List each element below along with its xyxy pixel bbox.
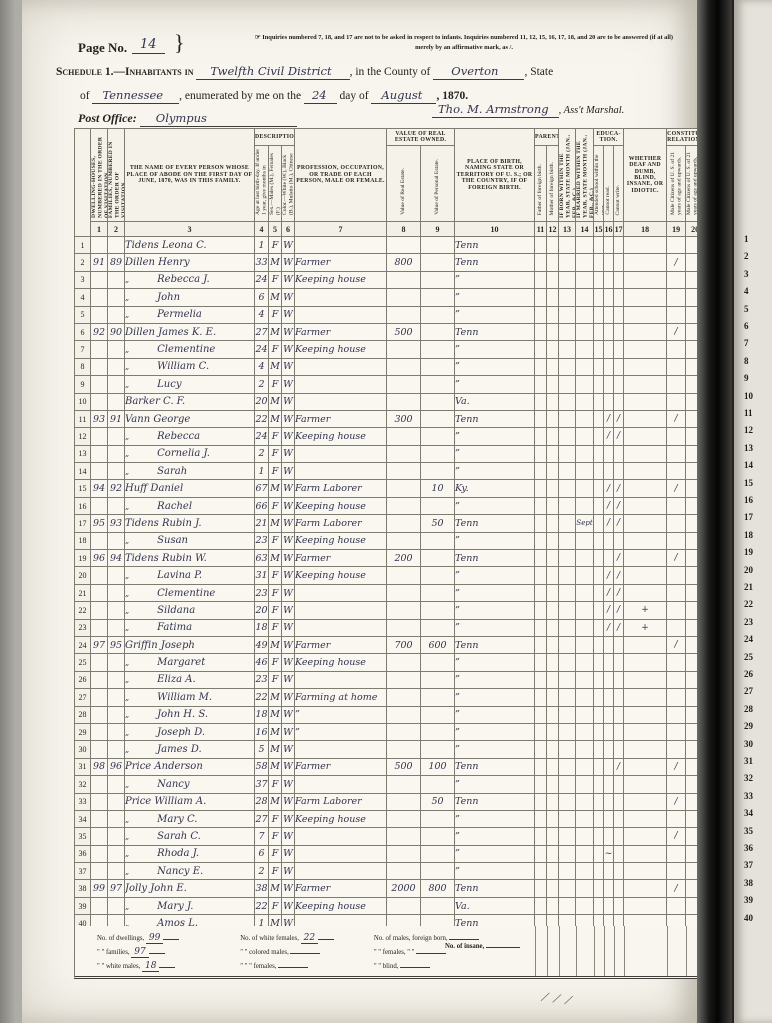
person-name: „Lavina P. <box>125 567 255 584</box>
col19-mark <box>667 671 686 688</box>
birthplace-value: ” <box>455 828 535 845</box>
col16-mark: / <box>604 567 614 584</box>
table-row: 28„John H. S.18MW”” <box>75 706 705 723</box>
family-number <box>108 828 125 845</box>
col14-mark <box>576 428 594 445</box>
color-value: W <box>282 793 295 810</box>
line-number: 10 <box>75 393 91 410</box>
col14-mark: Sept <box>576 515 594 532</box>
group-description: Description. <box>255 129 295 146</box>
col18-mark <box>624 567 667 584</box>
post-office-line: Post Office: Olympus <box>78 111 297 126</box>
col15-mark <box>594 584 604 601</box>
personal-estate-value <box>421 567 455 584</box>
col-header-name: The name of every person whose place of … <box>125 129 255 222</box>
family-number <box>108 793 125 810</box>
personal-estate-value <box>421 602 455 619</box>
col19-mark <box>667 689 686 706</box>
personal-estate-value <box>421 323 455 340</box>
margin-line-number: 30 <box>744 739 753 749</box>
dwelling-number: 94 <box>91 480 108 497</box>
birthplace-value: Tenn <box>455 237 535 254</box>
color-value: W <box>282 323 295 340</box>
col16-mark: / <box>604 584 614 601</box>
day-of-label: day of <box>339 90 368 102</box>
marshal-signature: Tho. M. Armstrong <box>432 102 559 118</box>
age-value: 23 <box>255 532 269 549</box>
col17-mark <box>614 445 624 462</box>
age-value: 5 <box>255 741 269 758</box>
margin-line-number: 37 <box>744 860 753 870</box>
col17-mark <box>614 897 624 914</box>
line-number: 8 <box>75 358 91 375</box>
col14-mark <box>576 254 594 271</box>
line-number: 5 <box>75 306 91 323</box>
footer-stat-segment: " " families, 97 <box>97 944 240 957</box>
color-value: W <box>282 306 295 323</box>
table-row: 8„William C.4MW” <box>75 358 705 375</box>
stray-pen-marks: ⁄ ⁄ ⁄ <box>543 990 573 1008</box>
footer-stat-label: " " blind, <box>374 963 400 970</box>
col17-mark <box>614 654 624 671</box>
col19-mark <box>667 463 686 480</box>
col12-mark <box>547 306 559 323</box>
line-number: 15 <box>75 480 91 497</box>
col15-mark <box>594 237 604 254</box>
col-header-dwellings: Dwelling-houses, numbered in the order o… <box>91 129 108 222</box>
col18-mark <box>624 428 667 445</box>
col19-mark <box>667 445 686 462</box>
footer-stat-blank <box>149 944 165 954</box>
col15-mark <box>594 828 604 845</box>
age-value: 63 <box>255 550 269 567</box>
col13-mark <box>559 654 576 671</box>
col18-mark <box>624 550 667 567</box>
surname-ditto-mark: „ <box>125 275 129 284</box>
person-name: „Nancy <box>125 776 255 793</box>
sex-value: F <box>269 897 282 914</box>
surname-ditto-mark: „ <box>125 362 129 371</box>
census-page: Page No. 14 } ☞ Inquiries numbered 7, 18… <box>22 0 698 1023</box>
personal-estate-value <box>421 428 455 445</box>
margin-line-number: 40 <box>744 913 753 923</box>
col17-mark <box>614 689 624 706</box>
age-value: 18 <box>255 619 269 636</box>
birthplace-value: ” <box>455 723 535 740</box>
col14-mark <box>576 532 594 549</box>
surname-ditto-mark: „ <box>125 345 129 354</box>
col12-mark <box>547 567 559 584</box>
table-row: 36„Rhoda J.6FW”~ <box>75 845 705 862</box>
person-name: Vann George <box>125 410 255 427</box>
family-number <box>108 689 125 706</box>
sex-value: F <box>269 532 282 549</box>
surname-ditto-mark: „ <box>125 710 129 719</box>
margin-line-number: 6 <box>744 321 749 331</box>
real-estate-value: 300 <box>387 410 421 427</box>
col17-mark <box>614 341 624 358</box>
footer-stat-label: No. of white females, <box>240 935 300 942</box>
age-value: 20 <box>255 602 269 619</box>
personal-estate-value <box>421 254 455 271</box>
col19-mark <box>667 289 686 306</box>
col18-mark <box>624 445 667 462</box>
col18-mark <box>624 706 667 723</box>
col19-mark: / <box>667 880 686 897</box>
col13-mark <box>559 828 576 845</box>
sex-value: F <box>269 306 282 323</box>
col14-mark <box>576 497 594 514</box>
age-value: 27 <box>255 323 269 340</box>
sex-value: M <box>269 410 282 427</box>
line-number: 13 <box>75 445 91 462</box>
col12-mark <box>547 428 559 445</box>
personal-estate-value: 600 <box>421 636 455 653</box>
occupation-value: Keeping house <box>295 341 387 358</box>
age-value: 49 <box>255 636 269 653</box>
col13-mark <box>559 306 576 323</box>
personal-estate-value <box>421 654 455 671</box>
footer-stat-segment: " " colored males, <box>240 944 374 956</box>
color-value: W <box>282 532 295 549</box>
footer-stat-label: No. of dwellings, <box>97 935 146 942</box>
color-value: W <box>282 723 295 740</box>
line-number: 21 <box>75 584 91 601</box>
occupation-value <box>295 671 387 688</box>
col12-mark <box>547 793 559 810</box>
col13-mark <box>559 237 576 254</box>
col18-mark <box>624 828 667 845</box>
family-number <box>108 306 125 323</box>
color-value: W <box>282 810 295 827</box>
col12-mark <box>547 497 559 514</box>
col12-mark <box>547 602 559 619</box>
col15-mark <box>594 636 604 653</box>
group-parentage: Parentage. <box>535 129 559 146</box>
dwelling-number <box>91 863 108 880</box>
occupation-value: Farmer <box>295 410 387 427</box>
col15-mark <box>594 358 604 375</box>
person-name: „Mary C. <box>125 810 255 827</box>
full-name: Price Anderson <box>125 761 203 772</box>
real-estate-value <box>387 706 421 723</box>
person-name: „Sarah <box>125 463 255 480</box>
col18-mark: + <box>624 602 667 619</box>
margin-line-number: 27 <box>744 686 753 696</box>
col18-mark <box>624 584 667 601</box>
color-value: W <box>282 828 295 845</box>
col12-mark <box>547 758 559 775</box>
margin-line-number: 4 <box>744 286 749 296</box>
col12-mark <box>547 271 559 288</box>
surname-ditto-mark: „ <box>125 293 129 302</box>
footer-stat-value: 99 <box>146 933 163 944</box>
personal-estate-value <box>421 619 455 636</box>
schedule-prefix: Schedule 1.—Inhabitants in <box>56 66 194 78</box>
person-name: „Rebecca <box>125 428 255 445</box>
col15-mark <box>594 776 604 793</box>
occupation-value <box>295 463 387 480</box>
dwelling-number <box>91 271 108 288</box>
given-name: Rebecca <box>157 431 200 442</box>
col16-mark <box>604 306 614 323</box>
full-name: Vann George <box>125 414 190 425</box>
family-number <box>108 271 125 288</box>
col13-mark <box>559 480 576 497</box>
family-number <box>108 863 125 880</box>
birthplace-value: ” <box>455 497 535 514</box>
family-number <box>108 741 125 758</box>
col12-mark <box>547 654 559 671</box>
col14-mark <box>576 793 594 810</box>
birthplace-value: Va. <box>455 897 535 914</box>
footer-stat-label: " " females, " " <box>374 949 416 956</box>
col11-mark <box>535 376 547 393</box>
person-name: „William C. <box>125 358 255 375</box>
table-row: 29189Dillen Henry33MWFarmer800Tenn/ <box>75 254 705 271</box>
dwelling-number <box>91 376 108 393</box>
col-header-mother-foreign: Mother of foreign birth. <box>547 146 559 222</box>
footer-stat-blank <box>290 944 320 954</box>
col18-mark <box>624 515 667 532</box>
sex-value: M <box>269 741 282 758</box>
col12-mark <box>547 689 559 706</box>
col11-mark <box>535 636 547 653</box>
dwelling-number <box>91 741 108 758</box>
footer-insane: No. of insane, <box>445 938 520 950</box>
group-education: Educa-tion. <box>594 129 624 146</box>
occupation-value: Keeping house <box>295 428 387 445</box>
line-number: 17 <box>75 515 91 532</box>
margin-line-number: 25 <box>744 652 753 662</box>
birthplace-value: ” <box>455 810 535 827</box>
col11-mark <box>535 654 547 671</box>
state-suffix: , State <box>524 66 553 78</box>
line-number-column-header <box>75 129 91 237</box>
table-row: 3„Rebecca J.24FWKeeping house” <box>75 271 705 288</box>
surname-ditto-mark: „ <box>125 606 129 615</box>
instructions-note-line1: ☞ Inquiries numbered 7, 18, and 17 are n… <box>255 34 673 41</box>
dwelling-number <box>91 723 108 740</box>
col18-mark <box>624 341 667 358</box>
col15-mark <box>594 341 604 358</box>
col18-mark <box>624 741 667 758</box>
col16-mark <box>604 445 614 462</box>
surname-ditto-mark: „ <box>125 571 129 580</box>
column-number: 18 <box>624 222 667 237</box>
column-number: 15 <box>594 222 604 237</box>
marshal-title: , Ass't Marshal. <box>559 105 625 116</box>
col17-mark <box>614 793 624 810</box>
group-value: Value of Real Estate Owned. <box>387 129 455 146</box>
line-number: 12 <box>75 428 91 445</box>
real-estate-value: 700 <box>387 636 421 653</box>
personal-estate-value <box>421 393 455 410</box>
color-value: W <box>282 515 295 532</box>
birthplace-value: ” <box>455 654 535 671</box>
surname-ditto-mark: „ <box>125 675 129 684</box>
col14-mark <box>576 289 594 306</box>
sex-value: F <box>269 671 282 688</box>
col12-mark <box>547 358 559 375</box>
surname-ditto-mark: „ <box>125 849 129 858</box>
surname-ditto-mark: „ <box>125 449 129 458</box>
col11-mark <box>535 776 547 793</box>
table-row: 26„Eliza A.23FW” <box>75 671 705 688</box>
right-margin-strip: ⁄ ⁄ 123456789101112131415161718192021222… <box>732 0 772 1023</box>
dwelling-number <box>91 567 108 584</box>
occupation-value <box>295 602 387 619</box>
col14-mark <box>576 584 594 601</box>
col12-mark <box>547 741 559 758</box>
column-number: 3 <box>125 222 255 237</box>
line-number: 18 <box>75 532 91 549</box>
color-value: W <box>282 880 295 897</box>
col18-mark <box>624 897 667 914</box>
surname-ditto-mark: „ <box>125 693 129 702</box>
margin-line-number: 22 <box>744 599 753 609</box>
col17-mark <box>614 863 624 880</box>
personal-estate-value <box>421 897 455 914</box>
age-value: 23 <box>255 584 269 601</box>
table-row: 10Barker C. F.20MWVa. <box>75 393 705 410</box>
col11-mark <box>535 810 547 827</box>
table-row: 21„Clementine23FW”// <box>75 584 705 601</box>
dwelling-number <box>91 428 108 445</box>
col16-mark <box>604 863 614 880</box>
col-header-age: Age at last birth-day. If under 1 year, … <box>255 146 269 222</box>
real-estate-value <box>387 463 421 480</box>
col18-mark <box>624 532 667 549</box>
col-header-families: Families, numbered in the order of visit… <box>108 129 125 222</box>
family-number <box>108 776 125 793</box>
col14-mark <box>576 776 594 793</box>
column-number: 7 <box>295 222 387 237</box>
col12-mark <box>547 828 559 845</box>
month-value: August <box>371 88 436 104</box>
birthplace-value: ” <box>455 358 535 375</box>
personal-estate-value <box>421 306 455 323</box>
birthplace-value: Tenn <box>455 254 535 271</box>
real-estate-value <box>387 689 421 706</box>
given-name: Nancy <box>157 779 189 790</box>
col14-mark <box>576 689 594 706</box>
family-number <box>108 602 125 619</box>
col15-mark <box>594 793 604 810</box>
margin-line-number: 19 <box>744 547 753 557</box>
sex-value: M <box>269 793 282 810</box>
surname-ditto-mark: „ <box>125 745 129 754</box>
family-number: 97 <box>108 880 125 897</box>
col18-mark <box>624 810 667 827</box>
line-number: 22 <box>75 602 91 619</box>
col11-mark <box>535 323 547 340</box>
personal-estate-value <box>421 497 455 514</box>
col16-mark <box>604 810 614 827</box>
margin-line-number: 16 <box>744 495 753 505</box>
col12-mark <box>547 706 559 723</box>
margin-line-number: 12 <box>744 425 753 435</box>
col19-mark <box>667 271 686 288</box>
color-value: W <box>282 689 295 706</box>
margin-line-number: 2 <box>744 251 749 261</box>
col12-mark <box>547 463 559 480</box>
column-number: 9 <box>421 222 455 237</box>
margin-line-number: 36 <box>744 843 753 853</box>
table-row: 249795Griffin Joseph49MWFarmer700600Tenn… <box>75 636 705 653</box>
col11-mark <box>535 689 547 706</box>
line-number: 14 <box>75 463 91 480</box>
margin-line-number: 39 <box>744 895 753 905</box>
line-number: 3 <box>75 271 91 288</box>
color-value: W <box>282 567 295 584</box>
col12-mark <box>547 532 559 549</box>
col17-mark <box>614 880 624 897</box>
col11-mark <box>535 497 547 514</box>
col15-mark <box>594 758 604 775</box>
dwelling-number <box>91 358 108 375</box>
col-header-born-month: If born within the year, state month (Ja… <box>559 129 576 222</box>
age-value: 16 <box>255 723 269 740</box>
dwelling-number <box>91 776 108 793</box>
col14-mark <box>576 636 594 653</box>
day-value: 24 <box>304 88 337 104</box>
totals-footer: No. of dwellings, 99No. of white females… <box>74 926 706 979</box>
family-number <box>108 584 125 601</box>
col16-mark <box>604 723 614 740</box>
col15-mark <box>594 550 604 567</box>
personal-estate-value <box>421 689 455 706</box>
table-row: 389997Jolly John E.38MWFarmer2000800Tenn… <box>75 880 705 897</box>
col11-mark <box>535 306 547 323</box>
color-value: W <box>282 254 295 271</box>
person-name: „Mary J. <box>125 897 255 914</box>
col17-mark <box>614 358 624 375</box>
col18-mark <box>624 723 667 740</box>
col17-mark <box>614 845 624 862</box>
color-value: W <box>282 445 295 462</box>
given-name: Sildana <box>157 605 195 616</box>
dwelling-number <box>91 845 108 862</box>
given-name: Clementine <box>157 344 215 355</box>
birthplace-value: Tenn <box>455 636 535 653</box>
col-header-cannot-write: Cannot write. <box>614 146 624 222</box>
personal-estate-value <box>421 358 455 375</box>
footer-statistics: No. of dwellings, 99No. of white females… <box>97 929 517 971</box>
column-number: 12 <box>547 222 559 237</box>
margin-line-number: 17 <box>744 512 753 522</box>
given-name: Sarah C. <box>157 831 201 842</box>
occupation-value <box>295 237 387 254</box>
col11-mark <box>535 445 547 462</box>
col13-mark <box>559 880 576 897</box>
col11-mark <box>535 550 547 567</box>
color-value: W <box>282 584 295 601</box>
col19-mark <box>667 393 686 410</box>
family-number <box>108 567 125 584</box>
dwelling-number <box>91 306 108 323</box>
column-number: 2 <box>108 222 125 237</box>
col15-mark <box>594 863 604 880</box>
book-binding <box>697 0 732 1023</box>
occupation-value <box>295 776 387 793</box>
column-number: 5 <box>269 222 282 237</box>
dwelling-number: 96 <box>91 550 108 567</box>
color-value: W <box>282 393 295 410</box>
age-value: 22 <box>255 410 269 427</box>
surname-ditto-mark: „ <box>125 867 129 876</box>
col17-mark <box>614 532 624 549</box>
